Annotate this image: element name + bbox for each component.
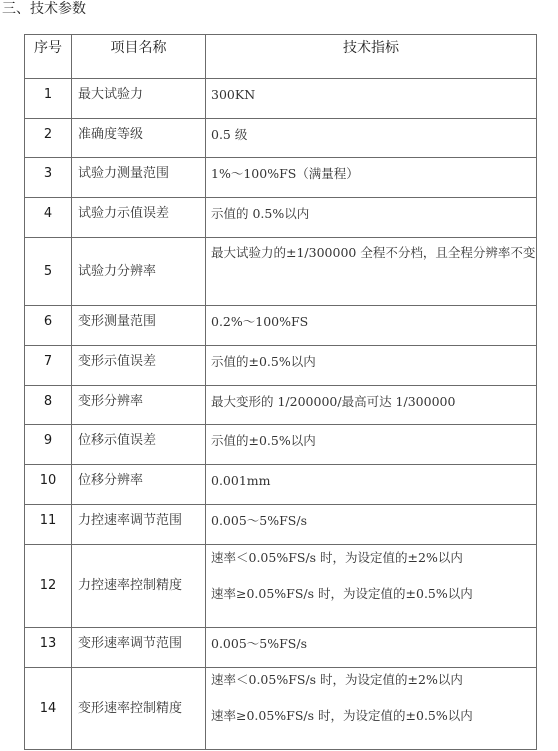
table-row: 14 变形速率控制精度 速率＜0.05%FS/s 时，为设定值的±2%以内 速率… <box>25 668 537 750</box>
table-header-row: 序号 项目名称 技术指标 <box>25 35 537 79</box>
item-spec: 速率＜0.05%FS/s 时，为设定值的±2%以内 速率≥0.05%FS/s 时… <box>206 668 537 750</box>
table-row: 6 变形测量范围 0.2%～100%FS <box>25 306 537 346</box>
header-name: 项目名称 <box>72 35 206 79</box>
row-number: 13 <box>25 628 72 668</box>
row-number: 9 <box>25 425 72 465</box>
table-row: 13 变形速率调节范围 0.005～5%FS/s <box>25 628 537 668</box>
row-number: 12 <box>25 545 72 628</box>
header-no: 序号 <box>25 35 72 79</box>
spec-line: 速率≥0.05%FS/s 时，为设定值的±0.5%以内 <box>211 585 536 603</box>
spec-line: 速率＜0.05%FS/s 时，为设定值的±2%以内 <box>211 549 536 567</box>
item-spec: 速率＜0.05%FS/s 时，为设定值的±2%以内 速率≥0.05%FS/s 时… <box>206 545 537 628</box>
item-spec: 0.005～5%FS/s <box>206 505 537 545</box>
table-row: 5 试验力分辨率 最大试验力的±1/300000 全程不分档，且全程分辨率不变 <box>25 238 537 306</box>
header-spec: 技术指标 <box>206 35 537 79</box>
item-spec: 示值的±0.5%以内 <box>206 425 537 465</box>
table-row: 12 力控速率控制精度 速率＜0.05%FS/s 时，为设定值的±2%以内 速率… <box>25 545 537 628</box>
item-name: 变形示值误差 <box>72 346 206 386</box>
row-number: 7 <box>25 346 72 386</box>
row-number: 3 <box>25 158 72 198</box>
item-name: 变形分辨率 <box>72 386 206 425</box>
row-number: 8 <box>25 386 72 425</box>
table-row: 8 变形分辨率 最大变形的 1/200000/最高可达 1/300000 <box>25 386 537 425</box>
item-spec: 0.005～5%FS/s <box>206 628 537 668</box>
table-row: 3 试验力测量范围 1%～100%FS（满量程） <box>25 158 537 198</box>
item-spec: 最大试验力的±1/300000 全程不分档，且全程分辨率不变 <box>206 238 537 306</box>
item-spec: 示值的±0.5%以内 <box>206 346 537 386</box>
item-name: 位移分辨率 <box>72 465 206 505</box>
item-name: 准确度等级 <box>72 119 206 158</box>
table-row: 11 力控速率调节范围 0.005～5%FS/s <box>25 505 537 545</box>
table-row: 10 位移分辨率 0.001mm <box>25 465 537 505</box>
item-name: 变形速率控制精度 <box>72 668 206 750</box>
item-name: 试验力测量范围 <box>72 158 206 198</box>
item-spec: 0.2%～100%FS <box>206 306 537 346</box>
item-name: 最大试验力 <box>72 79 206 119</box>
section-title: 三、技术参数 <box>2 0 86 18</box>
item-spec: 0.001mm <box>206 465 537 505</box>
row-number: 1 <box>25 79 72 119</box>
row-number: 4 <box>25 198 72 238</box>
item-name: 力控速率调节范围 <box>72 505 206 545</box>
row-number: 10 <box>25 465 72 505</box>
row-number: 6 <box>25 306 72 346</box>
item-spec: 0.5 级 <box>206 119 537 158</box>
item-spec: 最大变形的 1/200000/最高可达 1/300000 <box>206 386 537 425</box>
table-row: 2 准确度等级 0.5 级 <box>25 119 537 158</box>
spec-line: 速率＜0.05%FS/s 时，为设定值的±2%以内 <box>211 671 536 689</box>
row-number: 14 <box>25 668 72 750</box>
item-name: 变形速率调节范围 <box>72 628 206 668</box>
item-spec: 300KN <box>206 79 537 119</box>
item-name: 试验力示值误差 <box>72 198 206 238</box>
table-row: 1 最大试验力 300KN <box>25 79 537 119</box>
item-spec: 1%～100%FS（满量程） <box>206 158 537 198</box>
item-spec: 示值的 0.5%以内 <box>206 198 537 238</box>
row-number: 11 <box>25 505 72 545</box>
row-number: 5 <box>25 238 72 306</box>
table-row: 9 位移示值误差 示值的±0.5%以内 <box>25 425 537 465</box>
item-name: 位移示值误差 <box>72 425 206 465</box>
item-name: 试验力分辨率 <box>72 238 206 306</box>
table-row: 7 变形示值误差 示值的±0.5%以内 <box>25 346 537 386</box>
spec-line: 速率≥0.05%FS/s 时，为设定值的±0.5%以内 <box>211 707 536 725</box>
row-number: 2 <box>25 119 72 158</box>
technical-parameters-table: 序号 项目名称 技术指标 1 最大试验力 300KN 2 准确度等级 0.5 级… <box>24 34 537 750</box>
item-name: 力控速率控制精度 <box>72 545 206 628</box>
item-name: 变形测量范围 <box>72 306 206 346</box>
table-row: 4 试验力示值误差 示值的 0.5%以内 <box>25 198 537 238</box>
